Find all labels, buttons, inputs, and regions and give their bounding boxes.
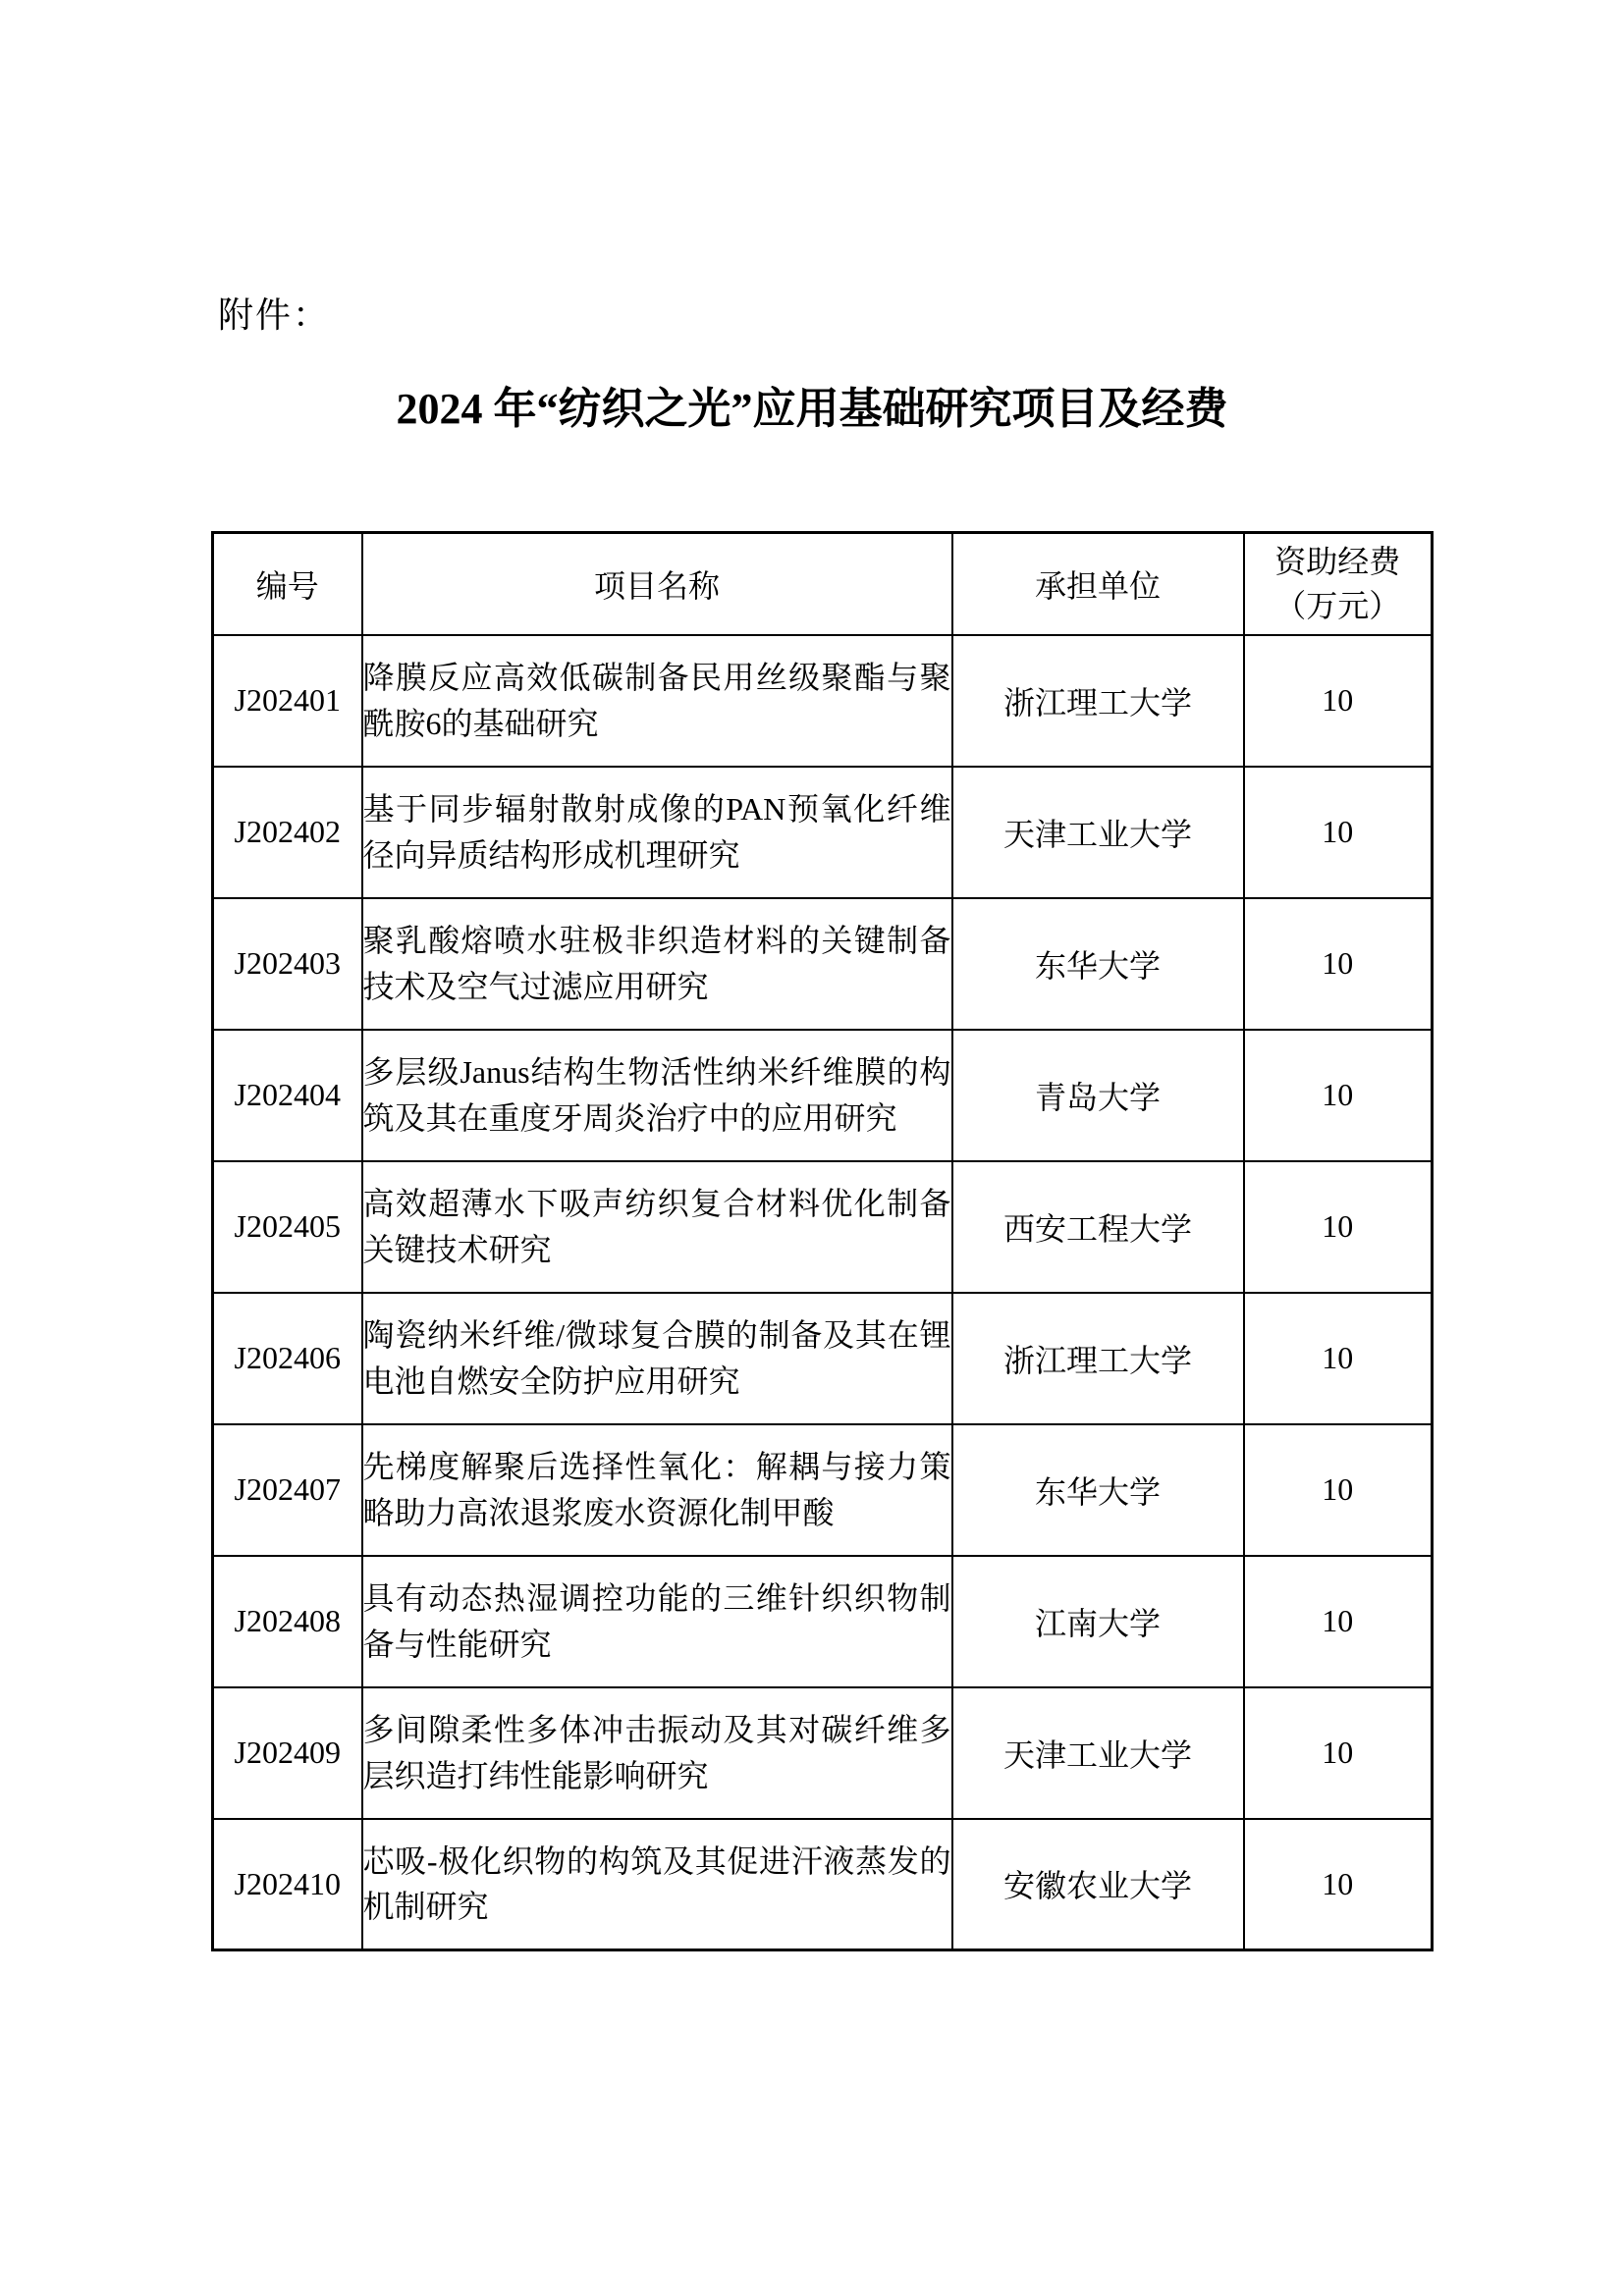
project-id-cell: J202410 — [213, 1819, 362, 1950]
project-name-cell: 多间隙柔性多体冲击振动及其对碳纤维多层织造打纬性能影响研究 — [362, 1687, 952, 1819]
organization-cell: 天津工业大学 — [952, 1687, 1244, 1819]
table-row: J202408 具有动态热湿调控功能的三维针织织物制备与性能研究 江南大学 10 — [213, 1556, 1433, 1687]
organization-cell: 青岛大学 — [952, 1030, 1244, 1161]
organization-cell: 安徽农业大学 — [952, 1819, 1244, 1950]
funding-cell: 10 — [1244, 1424, 1433, 1556]
organization-cell: 浙江理工大学 — [952, 635, 1244, 767]
project-id-cell: J202401 — [213, 635, 362, 767]
project-name-cell: 多层级Janus结构生物活性纳米纤维膜的构筑及其在重度牙周炎治疗中的应用研究 — [362, 1030, 952, 1161]
project-name-cell: 芯吸-极化织物的构筑及其促进汗液蒸发的机制研究 — [362, 1819, 952, 1950]
project-name-cell: 聚乳酸熔喷水驻极非织造材料的关键制备技术及空气过滤应用研究 — [362, 898, 952, 1030]
organization-cell: 浙江理工大学 — [952, 1293, 1244, 1424]
project-name-cell: 高效超薄水下吸声纺织复合材料优化制备关键技术研究 — [362, 1161, 952, 1293]
funding-cell: 10 — [1244, 1293, 1433, 1424]
table-row: J202407 先梯度解聚后选择性氧化：解耦与接力策略助力高浓退浆废水资源化制甲… — [213, 1424, 1433, 1556]
funding-cell: 10 — [1244, 1161, 1433, 1293]
table-row: J202406 陶瓷纳米纤维/微球复合膜的制备及其在锂电池自燃安全防护应用研究 … — [213, 1293, 1433, 1424]
organization-cell: 天津工业大学 — [952, 767, 1244, 898]
organization-cell: 东华大学 — [952, 1424, 1244, 1556]
table-row: J202403 聚乳酸熔喷水驻极非织造材料的关键制备技术及空气过滤应用研究 东华… — [213, 898, 1433, 1030]
project-id-cell: J202404 — [213, 1030, 362, 1161]
table-body: J202401 降膜反应高效低碳制备民用丝级聚酯与聚酰胺6的基础研究 浙江理工大… — [213, 635, 1433, 1950]
attachment-label: 附件： — [218, 294, 330, 337]
funding-cell: 10 — [1244, 635, 1433, 767]
funding-cell: 10 — [1244, 1819, 1433, 1950]
funding-cell: 10 — [1244, 1687, 1433, 1819]
funding-cell: 10 — [1244, 1030, 1433, 1161]
table-row: J202401 降膜反应高效低碳制备民用丝级聚酯与聚酰胺6的基础研究 浙江理工大… — [213, 635, 1433, 767]
funding-cell: 10 — [1244, 1556, 1433, 1687]
project-id-cell: J202409 — [213, 1687, 362, 1819]
document-page: 附件： 2024 年“纺织之光”应用基础研究项目及经费 编号 项目名称 承担单位… — [0, 0, 1624, 2296]
project-id-cell: J202406 — [213, 1293, 362, 1424]
project-id-cell: J202405 — [213, 1161, 362, 1293]
funding-cell: 10 — [1244, 898, 1433, 1030]
table-row: J202410 芯吸-极化织物的构筑及其促进汗液蒸发的机制研究 安徽农业大学 1… — [213, 1819, 1433, 1950]
col-header-funding: 资助经费 （万元） — [1244, 533, 1433, 635]
project-name-cell: 具有动态热湿调控功能的三维针织织物制备与性能研究 — [362, 1556, 952, 1687]
project-name-cell: 陶瓷纳米纤维/微球复合膜的制备及其在锂电池自燃安全防护应用研究 — [362, 1293, 952, 1424]
project-name-cell: 基于同步辐射散射成像的PAN预氧化纤维径向异质结构形成机理研究 — [362, 767, 952, 898]
project-id-cell: J202408 — [213, 1556, 362, 1687]
funding-cell: 10 — [1244, 767, 1433, 898]
organization-cell: 江南大学 — [952, 1556, 1244, 1687]
col-header-id: 编号 — [213, 533, 362, 635]
project-id-cell: J202402 — [213, 767, 362, 898]
project-name-cell: 先梯度解聚后选择性氧化：解耦与接力策略助力高浓退浆废水资源化制甲酸 — [362, 1424, 952, 1556]
project-id-cell: J202407 — [213, 1424, 362, 1556]
project-id-cell: J202403 — [213, 898, 362, 1030]
col-header-project: 项目名称 — [362, 533, 952, 635]
projects-table: 编号 项目名称 承担单位 资助经费 （万元） J202401 降膜反应高效低碳制… — [211, 531, 1434, 1951]
header-row: 编号 项目名称 承担单位 资助经费 （万元） — [213, 533, 1433, 635]
organization-cell: 东华大学 — [952, 898, 1244, 1030]
table-row: J202402 基于同步辐射散射成像的PAN预氧化纤维径向异质结构形成机理研究 … — [213, 767, 1433, 898]
col-header-organization: 承担单位 — [952, 533, 1244, 635]
table-row: J202405 高效超薄水下吸声纺织复合材料优化制备关键技术研究 西安工程大学 … — [213, 1161, 1433, 1293]
table-row: J202409 多间隙柔性多体冲击振动及其对碳纤维多层织造打纬性能影响研究 天津… — [213, 1687, 1433, 1819]
project-name-cell: 降膜反应高效低碳制备民用丝级聚酯与聚酰胺6的基础研究 — [362, 635, 952, 767]
table-header: 编号 项目名称 承担单位 资助经费 （万元） — [213, 533, 1433, 635]
document-title: 2024 年“纺织之光”应用基础研究项目及经费 — [0, 381, 1624, 437]
table-row: J202404 多层级Janus结构生物活性纳米纤维膜的构筑及其在重度牙周炎治疗… — [213, 1030, 1433, 1161]
organization-cell: 西安工程大学 — [952, 1161, 1244, 1293]
